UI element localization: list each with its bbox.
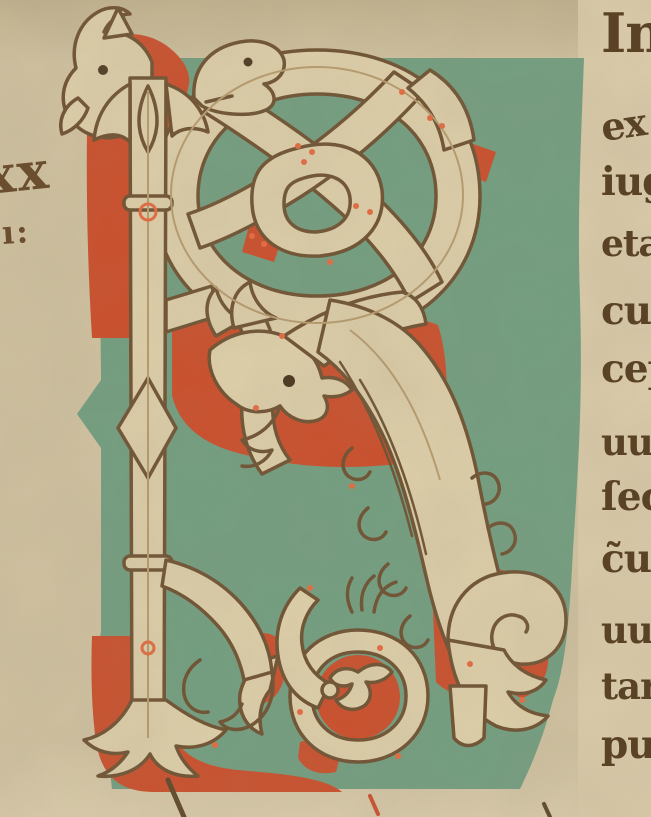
margin-note-line2: ı: <box>1 215 31 249</box>
margin-note-line1: xx <box>0 145 53 204</box>
manuscript-page: xx ı: In ex iug eta cup cep uu ſec c̃u u… <box>0 0 651 817</box>
illuminated-initial-artwork <box>0 0 651 817</box>
parchment-grain-texture <box>0 0 651 817</box>
